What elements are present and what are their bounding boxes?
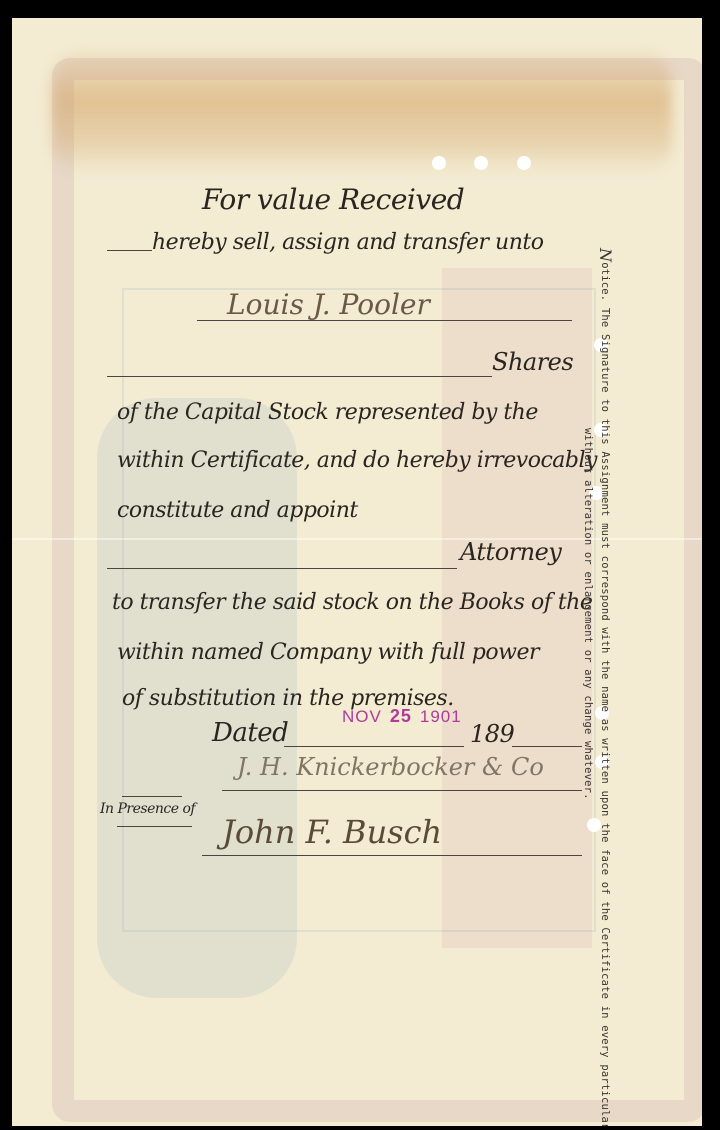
seller-signature: J. H. Knickerbocker & Co [237,753,544,781]
year-line [512,746,582,747]
punch-hole [517,156,531,170]
water-stain [52,53,672,173]
line-constitute-appoint: constitute and appoint [117,498,358,523]
year-prefix: 189 [470,720,514,748]
line-sell-assign: hereby sell, assign and transfer unto [152,230,543,255]
label-dated: Dated [212,718,288,748]
line-capital-stock: of the Capital Stock represented by the [117,400,538,425]
notice-column-1: Notice. The Signature to this Assignment… [596,248,615,1126]
line-within-certificate: within Certificate, and do hereby irrevo… [117,448,597,473]
witness-line [202,855,582,856]
stamp-year: 1901 [420,707,462,726]
flourish-bottom [117,826,192,827]
notice-initial: N [596,248,615,262]
line-named-company: within named Company with full power [117,640,539,665]
attorney-line [107,568,457,569]
seller-line [222,790,582,791]
flourish-top [122,796,182,797]
date-line [284,746,464,747]
witness-signature: John F. Busch [222,813,442,851]
date-stamp: NOV251901 [342,706,462,727]
assignee-line [197,320,572,321]
punch-hole [432,156,446,170]
notice-column-2: without alteration or enlargement or any… [582,428,594,800]
punch-hole [474,156,488,170]
line-transfer-books: to transfer the said stock on the Books … [112,590,592,615]
assignee-signature: Louis J. Pooler [227,288,430,321]
shares-line [107,376,492,377]
stamp-day: 25 [390,706,412,726]
header-for-value-received: For value Received [202,183,464,216]
label-in-presence-of: In Presence of [100,801,195,817]
label-attorney: Attorney [460,538,561,566]
stamp-month: NOV [342,707,382,726]
certificate-paper: For value Received hereby sell, assign a… [12,18,702,1126]
label-shares: Shares [492,348,573,376]
blank-line [107,250,152,251]
